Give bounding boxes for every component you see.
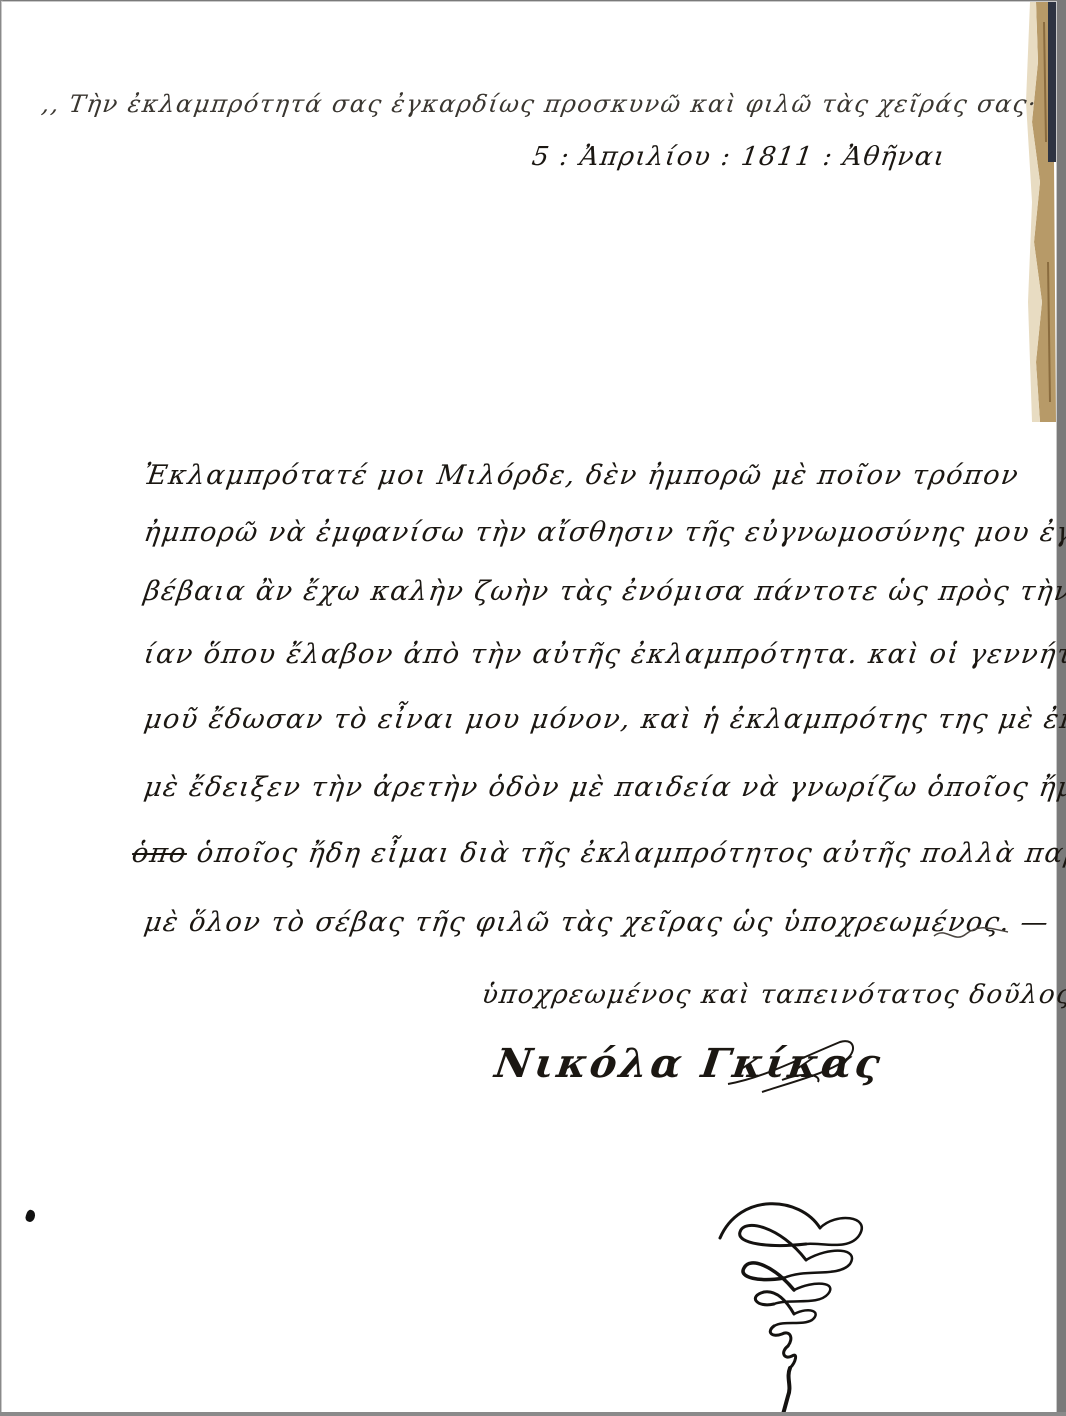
salutation-line: ,, Τὴν ἐκλαμπρότητά σας ἐγκαρδίως προσκυ…: [40, 90, 1039, 118]
scan-frame-bottom: [0, 1412, 1066, 1416]
body-line-1: Ἐκλαμπρότατέ μοι Μιλόρδε, δὲν ἠμπορῶ μὲ …: [142, 460, 1021, 491]
body-line-3: βέβαια ἂν ἔχω καλὴν ζωὴν τὰς ἐνόμισα πάν…: [142, 576, 1066, 607]
body-line-7-text: ὁποῖος ἤδη εἶμαι διὰ τῆς ἐκλαμπρότητος α…: [195, 838, 1066, 869]
signature-swash: [722, 1032, 862, 1102]
body-line-5: μοῦ ἔδωσαν τὸ εἶναι μου μόνον, καὶ ἡ ἐκλ…: [142, 704, 1066, 735]
binding-edge: [1026, 2, 1056, 422]
letter-page: ,, Τὴν ἐκλαμπρότητά σας ἐγκαρδίως προσκυ…: [2, 2, 1056, 1412]
body-line-4: ίαν ὅπου ἔλαβον ἀπὸ τὴν αὐτῆς ἐκλαμπρότη…: [142, 639, 1066, 670]
dateline: 5 : Ἀπριλίου : 1811 : Ἀθῆναι: [530, 142, 948, 172]
paraph-icon: [710, 1182, 890, 1416]
line-end-flourish: [932, 922, 1012, 946]
body-line-7: ὁπο ὁποῖος ἤδη εἶμαι διὰ τῆς ἐκλαμπρότητ…: [130, 838, 1066, 869]
ink-blot: [24, 1209, 37, 1223]
struck-word: ὁπο: [130, 838, 189, 869]
body-line-6: μὲ ἔδειξεν τὴν ἀρετὴν ὁδὸν μὲ παιδεία νὰ…: [142, 772, 1066, 803]
body-line-8: μὲ ὅλον τὸ σέβας τῆς φιλῶ τὰς χεῖρας ὡς …: [142, 907, 1051, 938]
valediction: ὑποχρεωμένος καὶ ταπεινότατος δοῦλος: [480, 980, 1066, 1010]
body-line-2: ἠμπορῶ νὰ ἐμφανίσω τὴν αἴσθησιν τῆς εὐγν…: [142, 517, 1066, 548]
